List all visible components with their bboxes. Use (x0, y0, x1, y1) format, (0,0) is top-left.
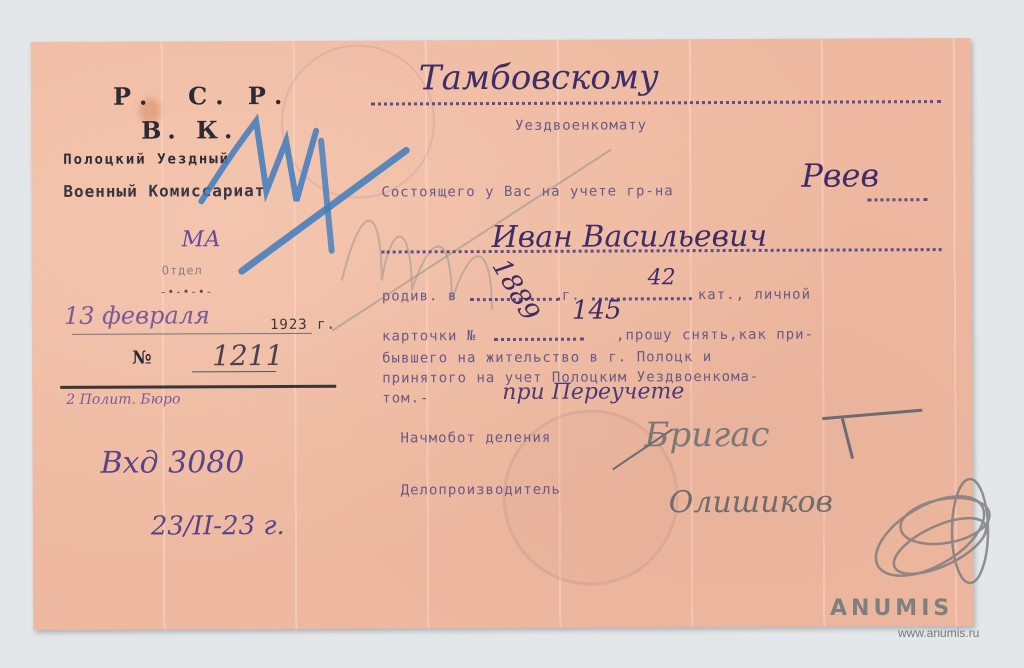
ornament: -•-•-•- (160, 285, 213, 298)
header-rule (60, 385, 336, 389)
body-line1: Состоящего у Вас на учете гр-на (381, 183, 673, 200)
initials-mark: МА (182, 227, 221, 252)
signature-flourish (612, 408, 932, 479)
document-sheet: Р. С. Р. В. К. Полоцкий Уездный Военный … (31, 38, 974, 630)
date-underline (72, 333, 312, 335)
addressee-handwritten: Тамбовскому (419, 57, 659, 98)
watermark-url[interactable]: www.anumis.ru (898, 626, 979, 640)
head-label: Начмобот деления (400, 430, 551, 447)
watermark-brand: ANUMIS (830, 596, 953, 621)
surname-handwritten: Рвев (801, 156, 879, 194)
addressee-dotline (371, 100, 941, 105)
body-line7: том.- (382, 390, 429, 406)
surname-dotline (867, 198, 927, 201)
number-underline (192, 371, 276, 372)
body-line5: бывшего на жительство в г. Полоцк и (382, 349, 712, 366)
card-dotline (494, 338, 584, 341)
addressee-typed: Уездвоенкомату (515, 117, 647, 134)
incoming-note-line1: Вхд 3080 (100, 445, 244, 481)
card-label: карточки № (382, 328, 476, 344)
clerk-label: Делопроизводитель (401, 482, 561, 499)
body-line7-handwritten: при Переучете (502, 379, 684, 405)
body-line4: ,прошу снять,как при- (616, 327, 814, 344)
born-label: родив. в (382, 288, 458, 304)
category-handwritten: 42 (648, 265, 676, 290)
anumis-logo-icon (860, 476, 1000, 596)
card-number-handwritten: 145 (572, 295, 622, 325)
category-typed: кат., личной (698, 287, 811, 303)
number-handwritten: 1211 (212, 339, 283, 372)
note-under-rule: 2 Полит. Бюро (66, 391, 180, 407)
date-handwritten: 13 февраля (64, 301, 210, 330)
clerk-signature: Олишиков (669, 485, 833, 521)
number-label: № (132, 348, 152, 369)
incoming-note-line2: 23/II-23 г. (151, 511, 285, 542)
